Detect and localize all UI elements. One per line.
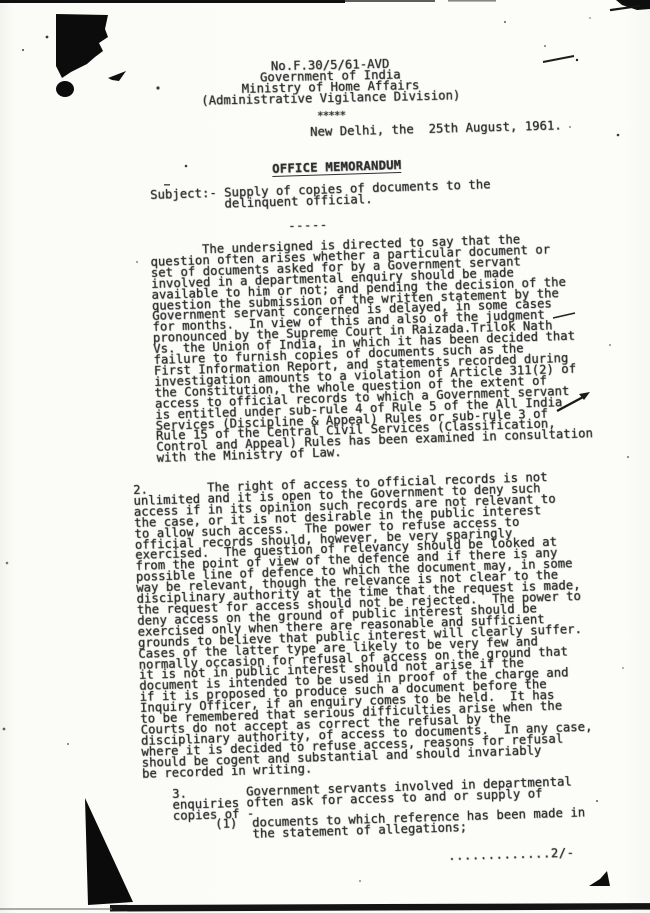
scan-ink-blob	[56, 14, 108, 78]
scan-ink-splash	[108, 71, 126, 81]
memo-date-text: New Delhi, the 25th August, 1961.	[310, 118, 562, 139]
memo-paragraph-2: 2. The right of access to official recor…	[133, 471, 594, 780]
memo-title: OFFICE MEMORANDUM	[272, 160, 402, 177]
scan-top-edge-bar-faint	[345, 0, 435, 2]
dash-separator: -----	[288, 220, 328, 232]
page-continuation-marker: .............2/-	[448, 848, 575, 862]
scan-corner-blob-topright	[616, 0, 650, 10]
memo-subject: Subject:- Supply of copies of documents …	[150, 179, 491, 212]
memo-letterhead: No.F.30/5/61-AVD Government of India Min…	[160, 56, 501, 124]
pen-dash-top	[543, 56, 574, 62]
scan-corner-tail	[610, 5, 640, 11]
memo-title-text: OFFICE MEMORANDUM	[272, 160, 402, 177]
scan-bottom-bar-faint	[0, 908, 112, 910]
memo-dateline: New Delhi, the 25th August, 1961.	[310, 120, 562, 137]
page-continuation-text: .............2/-	[448, 846, 575, 863]
dash-separator-text: -----	[288, 218, 328, 233]
scanned-document-page: No.F.30/5/61-AVD Government of India Min…	[0, 0, 650, 913]
scan-mark-bottomright	[589, 871, 610, 886]
scan-top-edge-bar	[0, 0, 345, 3]
scan-bottom-bar	[110, 903, 650, 911]
memo-paragraph-1: The undersigned is directed to say that …	[150, 232, 593, 464]
scan-corner-wedge-bottomleft	[85, 798, 133, 905]
scan-top-edge-bar-faint2	[448, 0, 496, 2]
scan-ink-dot	[56, 81, 74, 97]
pen-dash-top-dot	[576, 59, 578, 61]
